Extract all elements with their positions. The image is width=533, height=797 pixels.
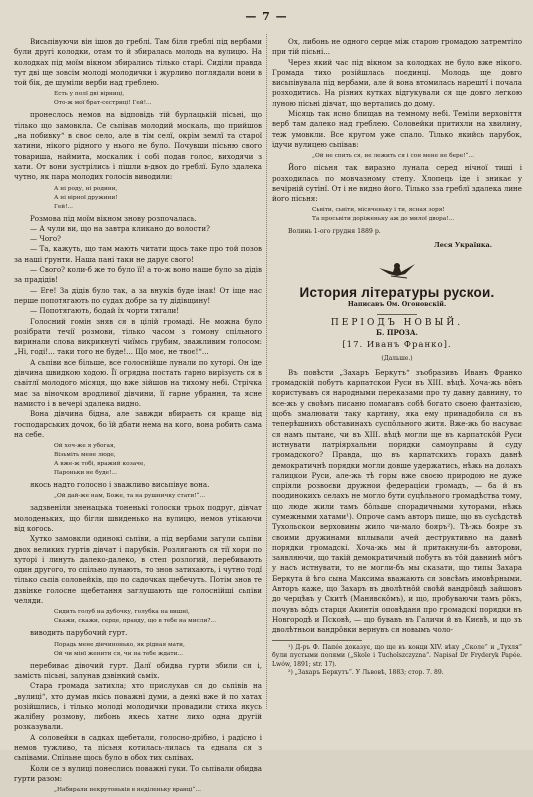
- footnote-divider: [272, 640, 362, 641]
- verse-line: Сидить голуб на дубочку, голубка на вишн…: [54, 608, 262, 617]
- paragraph: Висьпівуючи він ішов до греблі. Там біля…: [14, 37, 262, 88]
- author-signature: Леся Українка.: [272, 240, 492, 250]
- verse-line: Пароньки не буде!...: [54, 469, 262, 478]
- verse-line: Ой чи мінї женити ся, чи на тебе ждати..…: [54, 650, 262, 659]
- verse-line: „Ой дай-же нам, Боже, та на рушничку ста…: [54, 492, 262, 501]
- verse-line: Гей!...: [54, 203, 262, 212]
- page-number: — 7 —: [0, 10, 533, 23]
- verse: Сьвіти, сьвіти, місяченьку і ти, ясная з…: [312, 206, 522, 224]
- paragraph: Вона дівчина бідна, але завжди вбираєть …: [14, 409, 262, 440]
- verse-line: Сьвіти, сьвіти, місяченьку і ти, ясная з…: [312, 206, 522, 215]
- verse-line: Порадь мене дівчинонько, як рідная мати,: [54, 641, 262, 650]
- verse-line: А вже-ж тобі, вражий козаче,: [54, 460, 262, 469]
- dialogue-line: — Попотягають, бодай їх чорти тягали!: [14, 306, 262, 316]
- verse-line: А ні вірної дружини!: [54, 194, 262, 203]
- period-heading: ПЕРІОДЪ НОВЫЙ.: [272, 318, 522, 328]
- paragraph: перебиває дівочий гурт. Далї обидва гурт…: [14, 661, 262, 682]
- verse-line: Есть у полї дві вірниці,: [54, 90, 262, 99]
- right-column: Ох, либонь не одного серце між старою гр…: [272, 37, 522, 678]
- subsection-heading: [17. Иванъ Франко].: [272, 340, 522, 350]
- dialogue-line: — Еге! За дідів було так, а за внуків бу…: [14, 286, 262, 307]
- dialogue-line: — Та, кажуть, що там мають читати щось т…: [14, 244, 262, 265]
- divider: [377, 314, 417, 315]
- section-heading: Б. ПРОЗА.: [272, 328, 522, 338]
- paragraph: Місяць так ясно блищав на темному небі. …: [272, 109, 522, 150]
- dialogue-line: — Чого?: [14, 234, 262, 244]
- paragraph: Ох, либонь не одного серце між старою гр…: [272, 37, 522, 58]
- verse-line: А ні роду, ні родини,: [54, 185, 262, 194]
- paragraph: пронеслось немов на відповідь тій бурлац…: [14, 110, 262, 182]
- article-author: Написавъ Ом. Огоновскій.: [272, 300, 522, 310]
- paragraph: Його пісьня так виразно лунала серед ніч…: [272, 163, 522, 204]
- paragraph: Хутко замовкли одинокі сьпіви, а під вер…: [14, 534, 262, 606]
- paragraph: задзвеніли зненацька тоненькі голоски тр…: [14, 503, 262, 534]
- dateline: Волинь 1-ого грудня 1889 р.: [288, 227, 522, 237]
- paragraph: Розмова під моїм вікном знову розпочалас…: [14, 214, 262, 224]
- verse-line: Та просьвіти доріженьку аж до милої двор…: [312, 215, 522, 224]
- paragraph: якось надто голосно і зважливо висьпівує…: [14, 480, 262, 490]
- paragraph: Голосний гомін зняв ся в цілій громаді. …: [14, 317, 262, 358]
- column-divider: [266, 34, 267, 709]
- paragraph: А сьпіви все більше, все голоснійше луна…: [14, 358, 262, 409]
- verse: Порадь мене дівчинонько, як рідная мати,…: [54, 641, 262, 659]
- verse: Есть у полї дві вірниці, Ото-ж мої брат-…: [54, 90, 262, 108]
- verse-line: Скажи, скажи, серце, правду, що в тебе н…: [54, 617, 262, 626]
- paragraph: Через який час під вікном за колодках не…: [272, 58, 522, 109]
- continued-label: (Дальше.): [272, 354, 522, 364]
- verse-line: Ото-ж мої брат-сестриці! Гей!...: [54, 99, 262, 108]
- left-column: Висьпівуючи він ішов до греблі. Там біля…: [14, 37, 262, 750]
- newspaper-page: — 7 — Висьпівуючи він ішов до греблі. Та…: [0, 0, 533, 750]
- dialogue-line: — Свого? коли-б же то було її! а то-ж во…: [14, 265, 262, 286]
- verse: „Ой дай-же нам, Боже, та на рушничку ста…: [54, 492, 262, 501]
- verse: Ой хоч-же я убогая, Візьміть мене люде, …: [54, 442, 262, 478]
- paragraph: Стара громада затихла; хто прислухав ся …: [14, 681, 262, 732]
- footnote: ¹) Д-ръ Ф. Папée доказує, що ще въ конци…: [272, 644, 522, 670]
- article-paragraph: Въ повѣсти „Захаръ Беркутъ“ зъобразивъ И…: [272, 368, 522, 636]
- verse-line: Візьміть мене люде,: [54, 451, 262, 460]
- verse: А ні роду, ні родини, А ні вірної дружин…: [54, 185, 262, 212]
- footnote: ²) „Захаръ Беркутъ“. У Львовѣ, 1883; сто…: [272, 669, 522, 678]
- paragraph: А соловейки в садках щебетали, голосно-д…: [14, 733, 262, 750]
- article-title: История літературы рускои.: [272, 288, 522, 298]
- verse: „Ой не спить ся, не лежить ся і сон мене…: [312, 152, 522, 161]
- verse-line: „Ой не спить ся, не лежить ся і сон мене…: [312, 152, 522, 161]
- paragraph: виводить парубочий гурт.: [14, 628, 262, 638]
- verse: Сидить голуб на дубочку, голубка на вишн…: [54, 608, 262, 626]
- dialogue-line: — А чули ви, що на завтра кликано до вол…: [14, 224, 262, 234]
- bird-ornament-icon: [272, 260, 522, 280]
- verse-line: Ой хоч-же я убогая,: [54, 442, 262, 451]
